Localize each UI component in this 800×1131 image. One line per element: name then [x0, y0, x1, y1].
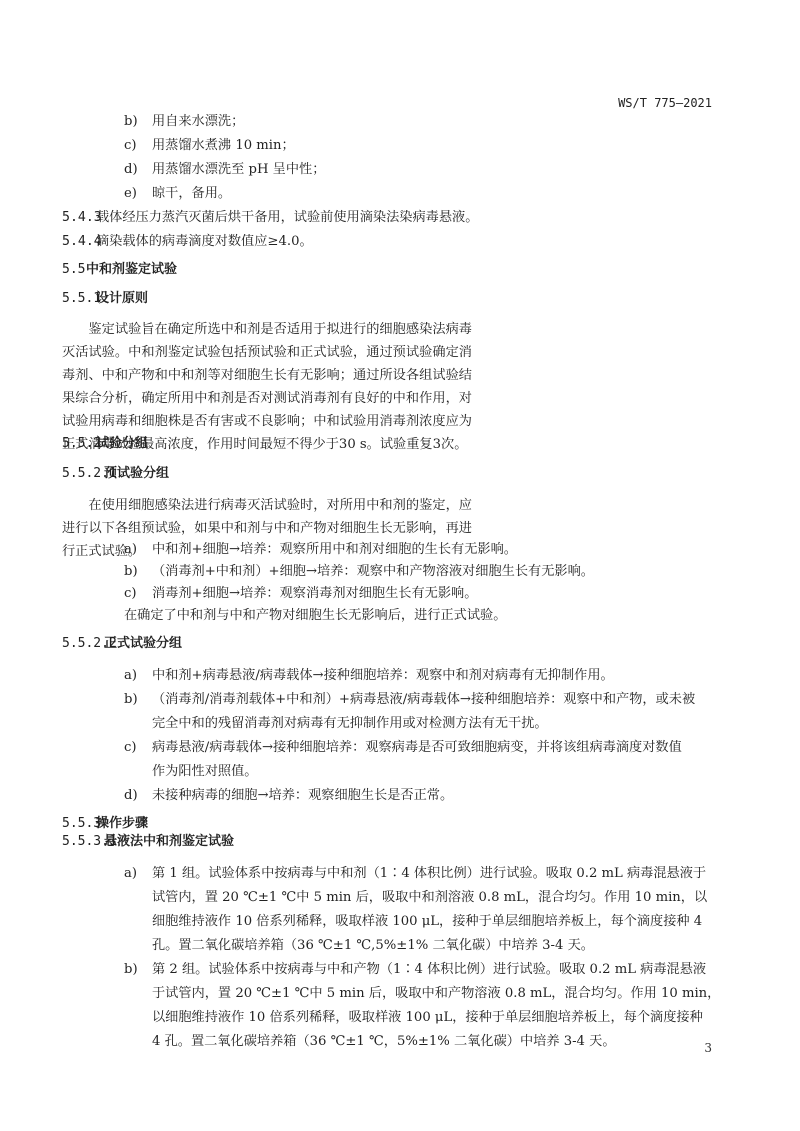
clause-5-4-3: 5.4.3载体经压力蒸汽灭菌后烘干备用，试验前使用滴染法染病毒悬液。 [62, 206, 478, 230]
list-item: b)（消毒剂/消毒剂载体+中和剂）+病毒悬液/病毒载体→接种细胞培养：观察中和产… [124, 688, 695, 712]
section-heading-5-5-2-1: 5.5.2.1预试验分组 [62, 462, 169, 486]
section-heading-5-5-1: 5.5.1设计原则 [62, 287, 148, 311]
list-item-continuation: 孔。置二氧化碳培养箱（36 ℃±1 ℃,5%±1% 二氧化碳）中培养 3-4 天… [152, 934, 594, 958]
list-item: d)用蒸馏水漂洗至 pH 呈中性； [124, 158, 325, 182]
list-item: a)第 1 组。试验体系中按病毒与中和剂（1∶4 体积比例）进行试验。吸取 0.… [124, 862, 706, 886]
list-item: a)中和剂+病毒悬液/病毒载体→接种细胞培养：观察中和剂对病毒有无抑制作用。 [124, 664, 614, 688]
section-heading-5-5: 5.5中和剂鉴定试验 [62, 258, 177, 282]
list-item-continuation: 试管内，置 20 ℃±1 ℃中 5 min 后，吸取中和剂溶液 0.8 mL，混… [152, 886, 707, 910]
list-item: b)用自来水漂洗； [124, 110, 244, 134]
section-heading-5-5-2: 5.5.2试验分组 [62, 432, 148, 456]
list-item-continuation: 于试管内，置 20 ℃±1 ℃中 5 min 后，吸取中和产物溶液 0.8 mL… [152, 982, 720, 1006]
pretest-outro: 在确定了中和剂与中和产物对细胞生长无影响后，进行正式试验。 [124, 604, 506, 628]
list-item: d)未接种病毒的细胞→培养：观察细胞生长是否正常。 [124, 784, 453, 808]
standard-id: WS/T 775—2021 [618, 96, 712, 110]
list-item-continuation: 4 孔。置二氧化碳培养箱（36 ℃±1 ℃，5%±1% 二氧化碳）中培养 3-4… [152, 1030, 616, 1054]
section-heading-5-5-3-1: 5.5.3.1悬液法中和剂鉴定试验 [62, 830, 234, 854]
section-heading-5-5-2-2: 5.5.2.2正式试验分组 [62, 632, 182, 656]
list-item: b)（消毒剂+中和剂）+细胞→培养：观察中和产物溶液对细胞生长有无影响。 [124, 560, 594, 584]
list-item: e)晾干，备用。 [124, 182, 231, 206]
list-item-continuation: 细胞维持液作 10 倍系列稀释，吸取样液 100 μL，接种于单层细胞培养板上，… [152, 910, 702, 934]
list-item-continuation: 完全中和的残留消毒剂对病毒有无抑制作用或对检测方法有无干扰。 [152, 712, 548, 736]
list-item: c)用蒸馏水煮沸 10 min； [124, 134, 295, 158]
page-number: 3 [704, 1041, 712, 1055]
list-item: c)病毒悬液/病毒载体→接种细胞培养：观察病毒是否可致细胞病变，并将该组病毒滴度… [124, 736, 682, 760]
list-item: c)消毒剂+细胞→培养：观察消毒剂对细胞生长有无影响。 [124, 582, 477, 606]
clause-5-4-4: 5.4.4滴染载体的病毒滴度对数值应≥4.0。 [62, 230, 313, 254]
list-item-continuation: 以细胞维持液作 10 倍系列稀释，吸取样液 100 μL，接种于单层细胞培养板上… [152, 1006, 703, 1030]
list-item: a)中和剂+细胞→培养：观察所用中和剂对细胞的生长有无影响。 [124, 538, 517, 562]
list-item: b)第 2 组。试验体系中按病毒与中和产物（1∶4 体积比例）进行试验。吸取 0… [124, 958, 706, 982]
list-item-continuation: 作为阳性对照值。 [152, 760, 258, 784]
